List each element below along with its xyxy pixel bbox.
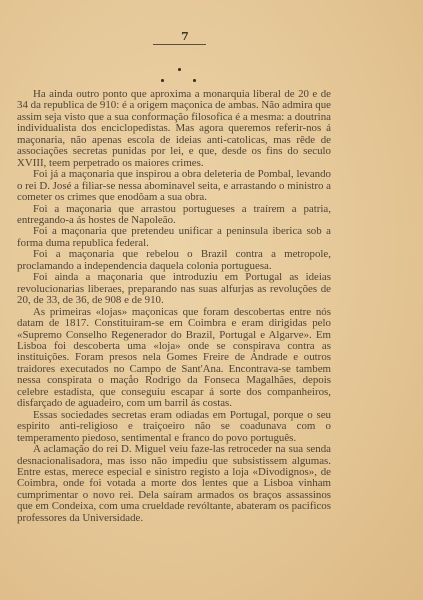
paragraph-napoleon: Foi a maçonaria que arrastou portugueses…: [17, 204, 331, 227]
paragraph-dom-miguel: A aclamação do rei D. Miguel veiu faze-l…: [17, 444, 331, 524]
page-number-rule: [153, 44, 206, 45]
paragraph-secret-societies: Essas sociedades secretas eram odiadas e…: [17, 410, 331, 444]
paragraph-brazil: Foi a maçonaria que rebelou o Brazil con…: [17, 249, 331, 272]
paragraph-iberian-republic: Foi a maçonaria que pretendeu unificar a…: [17, 226, 331, 249]
page-number: 7: [0, 30, 370, 43]
paragraph-pombal: Foi já a maçonaria que inspirou a obra d…: [17, 169, 331, 203]
asterism-dot-top: [178, 68, 181, 71]
paragraph-first-lodges: As primeiras «lojas» maçonicas que foram…: [17, 307, 331, 410]
asterism-dot-left: [161, 79, 164, 82]
paragraph-liberal-revolutions: Foi ainda a maçonaria que introduziu em …: [17, 272, 331, 306]
body-text: Ha ainda outro ponto que aproxima a mona…: [17, 89, 331, 524]
asterism-dot-right: [193, 79, 196, 82]
paragraph-masonic-origin: Ha ainda outro ponto que aproxima a mona…: [17, 89, 331, 169]
